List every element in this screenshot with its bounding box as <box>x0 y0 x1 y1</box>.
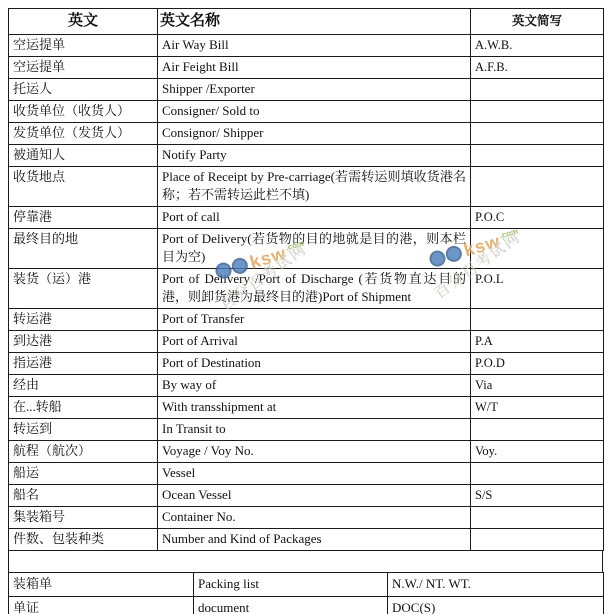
table-row: 停靠港Port of callP.O.C <box>9 207 604 229</box>
cell-en: Packing list <box>194 573 388 597</box>
table-gap-spacer <box>8 551 603 572</box>
table-row: 最终目的地Port of Delivery(若货物的目的地就是目的港，则本栏目为… <box>9 229 604 269</box>
cell-en: With transshipment at <box>158 397 471 419</box>
cell-cn: 收货地点 <box>9 167 158 207</box>
cell-abbr: P.A <box>471 331 604 353</box>
cell-abbr: S/S <box>471 485 604 507</box>
table-row: 发货单位（发货人）Consignor/ Shipper <box>9 123 604 145</box>
cell-abbr <box>471 123 604 145</box>
cell-cn: 转运到 <box>9 419 158 441</box>
cell-en: Port of call <box>158 207 471 229</box>
cell-abbr: Via <box>471 375 604 397</box>
table-row: 装箱单Packing listN.W./ NT. WT. <box>9 573 604 597</box>
cell-en: By way of <box>158 375 471 397</box>
cell-en: Air Feight Bill <box>158 57 471 79</box>
cell-abbr: P.O.L <box>471 269 604 309</box>
cell-en: Place of Receipt by Pre-carriage(若需转运则填收… <box>158 167 471 207</box>
cell-cn: 发货单位（发货人） <box>9 123 158 145</box>
cell-cn: 经由 <box>9 375 158 397</box>
cell-abbr: P.O.D <box>471 353 604 375</box>
cell-en: Air Way Bill <box>158 35 471 57</box>
table-row: 经由By way ofVia <box>9 375 604 397</box>
cell-cn: 指运港 <box>9 353 158 375</box>
cell-en: Port of Delivery /Port of Discharge (若货物… <box>158 269 471 309</box>
cell-cn: 集装箱号 <box>9 507 158 529</box>
cell-en: document <box>194 597 388 614</box>
cell-en: Consigner/ Sold to <box>158 101 471 123</box>
table-row: 在...转船With transshipment atW/T <box>9 397 604 419</box>
cell-en: Ocean Vessel <box>158 485 471 507</box>
cell-cn: 托运人 <box>9 79 158 101</box>
table-row: 船运Vessel <box>9 463 604 485</box>
cell-abbr <box>471 507 604 529</box>
cell-abbr <box>471 79 604 101</box>
cell-abbr <box>471 419 604 441</box>
cell-cn: 装货（运）港 <box>9 269 158 309</box>
cell-abbr <box>471 463 604 485</box>
cell-cn: 被通知人 <box>9 145 158 167</box>
table-row: 单证documentDOC(S) <box>9 597 604 614</box>
table-row: 航程（航次）Voyage / Voy No.Voy. <box>9 441 604 463</box>
cell-en: Port of Destination <box>158 353 471 375</box>
table-row: 转运港Port of Transfer <box>9 309 604 331</box>
table-row: 被通知人Notify Party <box>9 145 604 167</box>
cell-en: Port of Transfer <box>158 309 471 331</box>
column-header-chinese: 英文 <box>9 9 158 35</box>
document-sheet: 英文 英文名称 英文简写 空运提单Air Way BillA.W.B.空运提单A… <box>8 8 603 614</box>
cell-abbr: W/T <box>471 397 604 419</box>
cell-cn: 空运提单 <box>9 57 158 79</box>
cell-cn: 装箱单 <box>9 573 194 597</box>
table-body: 装箱单Packing listN.W./ NT. WT.单证documentDO… <box>9 573 604 614</box>
table-row: 船名Ocean VesselS/S <box>9 485 604 507</box>
cell-abbr: N.W./ NT. WT. <box>388 573 604 597</box>
cell-cn: 单证 <box>9 597 194 614</box>
cell-cn: 停靠港 <box>9 207 158 229</box>
table-row: 收货单位（收货人）Consigner/ Sold to <box>9 101 604 123</box>
shipping-terms-table: 英文 英文名称 英文简写 空运提单Air Way BillA.W.B.空运提单A… <box>8 8 604 551</box>
cell-cn: 转运港 <box>9 309 158 331</box>
cell-cn: 航程（航次） <box>9 441 158 463</box>
column-header-abbreviation: 英文简写 <box>471 9 604 35</box>
cell-abbr <box>471 529 604 551</box>
cell-cn: 到达港 <box>9 331 158 353</box>
packing-terms-table: 装箱单Packing listN.W./ NT. WT.单证documentDO… <box>8 572 604 614</box>
cell-abbr: Voy. <box>471 441 604 463</box>
cell-en: Port of Arrival <box>158 331 471 353</box>
table-body: 空运提单Air Way BillA.W.B.空运提单Air Feight Bil… <box>9 35 604 551</box>
cell-cn: 收货单位（收货人） <box>9 101 158 123</box>
cell-cn: 在...转船 <box>9 397 158 419</box>
table-row: 托运人Shipper /Exporter <box>9 79 604 101</box>
table-row: 装货（运）港Port of Delivery /Port of Discharg… <box>9 269 604 309</box>
cell-abbr <box>471 145 604 167</box>
cell-en: Number and Kind of Packages <box>158 529 471 551</box>
cell-en: Container No. <box>158 507 471 529</box>
cell-cn: 空运提单 <box>9 35 158 57</box>
table-header: 英文 英文名称 英文简写 <box>9 9 604 35</box>
table-row: 空运提单Air Way BillA.W.B. <box>9 35 604 57</box>
table-row: 空运提单Air Feight BillA.F.B. <box>9 57 604 79</box>
cell-abbr: A.W.B. <box>471 35 604 57</box>
cell-cn: 最终目的地 <box>9 229 158 269</box>
cell-en: Voyage / Voy No. <box>158 441 471 463</box>
cell-cn: 船名 <box>9 485 158 507</box>
cell-abbr: P.O.C <box>471 207 604 229</box>
table-row: 到达港Port of ArrivalP.A <box>9 331 604 353</box>
cell-abbr <box>471 101 604 123</box>
cell-cn: 件数、包装种类 <box>9 529 158 551</box>
cell-en: In Transit to <box>158 419 471 441</box>
cell-abbr <box>471 309 604 331</box>
cell-en: Port of Delivery(若货物的目的地就是目的港，则本栏目为空) <box>158 229 471 269</box>
table-row: 集装箱号Container No. <box>9 507 604 529</box>
column-header-english-name: 英文名称 <box>158 9 471 35</box>
cell-en: Notify Party <box>158 145 471 167</box>
cell-abbr: A.F.B. <box>471 57 604 79</box>
cell-abbr <box>471 229 604 269</box>
cell-abbr: DOC(S) <box>388 597 604 614</box>
table-row: 收货地点Place of Receipt by Pre-carriage(若需转… <box>9 167 604 207</box>
cell-en: Vessel <box>158 463 471 485</box>
cell-abbr <box>471 167 604 207</box>
cell-en: Shipper /Exporter <box>158 79 471 101</box>
table-row: 件数、包装种类Number and Kind of Packages <box>9 529 604 551</box>
cell-en: Consignor/ Shipper <box>158 123 471 145</box>
cell-cn: 船运 <box>9 463 158 485</box>
table-row: 转运到In Transit to <box>9 419 604 441</box>
header-row: 英文 英文名称 英文简写 <box>9 9 604 35</box>
table-row: 指运港Port of DestinationP.O.D <box>9 353 604 375</box>
